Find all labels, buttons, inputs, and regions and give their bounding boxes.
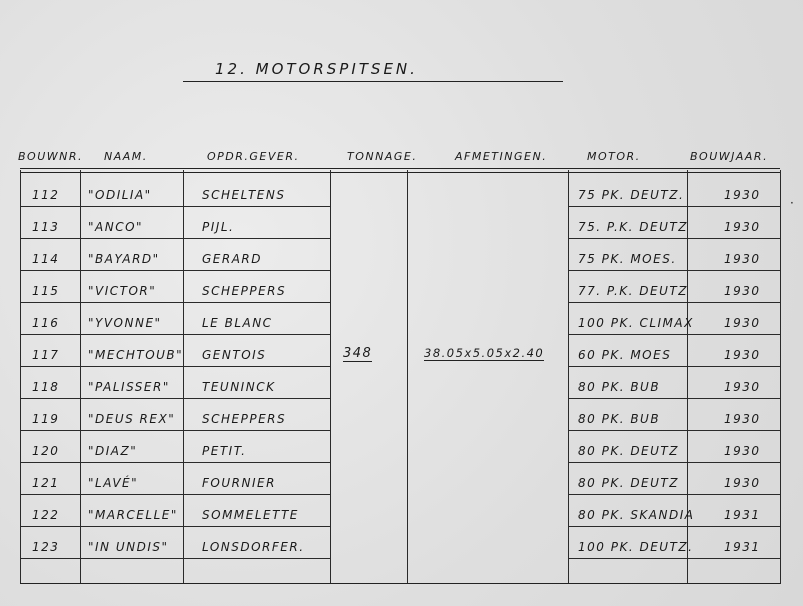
header-afmetingen: AFMETINGEN. xyxy=(455,150,547,163)
cell-naam: "PALISSER" xyxy=(88,380,170,394)
cell-naam: "DEUS REX" xyxy=(88,412,175,426)
shared-afmetingen: 38.05x5.05x2.40 xyxy=(424,346,544,361)
cell-naam: "MARCELLE" xyxy=(88,508,178,522)
cell-motor: 100 PK. DEUTZ. xyxy=(578,540,693,554)
header-tonnage: TONNAGE. xyxy=(347,150,417,163)
cell-bouwnr: 115 xyxy=(32,284,59,298)
cell-bouwjaar: 1930 xyxy=(724,380,761,394)
cell-naam: "YVONNE" xyxy=(88,316,162,330)
table-row: 123 "IN UNDIS" LONSDORFER. 100 PK. DEUTZ… xyxy=(0,528,803,560)
cell-naam: "DIAZ" xyxy=(88,444,137,458)
cell-opdrachtgever: TEUNINCK xyxy=(202,380,275,394)
cell-opdrachtgever: SOMMELETTE xyxy=(202,508,299,522)
page-title: 12. MOTORSPITSEN. xyxy=(183,60,563,82)
cell-naam: "MECHTOUB" xyxy=(88,348,183,362)
shared-tonnage: 348 xyxy=(343,346,372,362)
cell-bouwjaar: 1930 xyxy=(724,284,761,298)
cell-motor: 75. P.K. DEUTZ xyxy=(578,220,688,234)
cell-bouwnr: 119 xyxy=(32,412,59,426)
cell-opdrachtgever: GENTOIS xyxy=(202,348,266,362)
cell-opdrachtgever: FOURNIER xyxy=(202,476,276,490)
cell-bouwnr: 122 xyxy=(32,508,59,522)
table-row: 112 "ODILIA" SCHELTENS 75 PK. DEUTZ. 193… xyxy=(0,176,803,208)
cell-naam: "LAVÉ" xyxy=(88,476,138,490)
cell-naam: "BAYARD" xyxy=(88,252,160,266)
table-row: 116 "YVONNE" LE BLANC 100 PK. CLIMAX 193… xyxy=(0,304,803,336)
cell-opdrachtgever: PETIT. xyxy=(202,444,246,458)
cell-naam: "ODILIA" xyxy=(88,188,152,202)
cell-bouwjaar: 1931 xyxy=(724,508,761,522)
table-row: 121 "LAVÉ" FOURNIER 80 PK. DEUTZ 1930 xyxy=(0,464,803,496)
cell-naam: "IN UNDIS" xyxy=(88,540,169,554)
cell-motor: 77. P.K. DEUTZ xyxy=(578,284,688,298)
header-naam: NAAM. xyxy=(104,150,148,163)
cell-naam: "ANCO" xyxy=(88,220,143,234)
cell-motor: 80 PK. SKANDIA xyxy=(578,508,694,522)
cell-bouwnr: 120 xyxy=(32,444,59,458)
header-rule-double xyxy=(20,172,780,173)
cell-bouwjaar: 1930 xyxy=(724,444,761,458)
cell-opdrachtgever: PIJL. xyxy=(202,220,234,234)
cell-bouwjaar: 1930 xyxy=(724,316,761,330)
table-row: 119 "DEUS REX" SCHEPPERS 80 PK. BUB 1930 xyxy=(0,400,803,432)
cell-opdrachtgever: SCHEPPERS xyxy=(202,284,286,298)
cell-bouwjaar: 1930 xyxy=(724,220,761,234)
table-row: 122 "MARCELLE" SOMMELETTE 80 PK. SKANDIA… xyxy=(0,496,803,528)
cell-opdrachtgever: LONSDORFER. xyxy=(202,540,305,554)
table-row: 118 "PALISSER" TEUNINCK 80 PK. BUB 1930 xyxy=(0,368,803,400)
cell-bouwnr: 121 xyxy=(32,476,59,490)
cell-opdrachtgever: SCHELTENS xyxy=(202,188,285,202)
cell-bouwnr: 112 xyxy=(32,188,59,202)
table-row: 117 "MECHTOUB" GENTOIS 60 PK. MOES 1930 xyxy=(0,336,803,368)
table-row: 113 "ANCO" PIJL. 75. P.K. DEUTZ 1930 xyxy=(0,208,803,240)
cell-bouwnr: 114 xyxy=(32,252,59,266)
cell-motor: 80 PK. DEUTZ xyxy=(578,444,679,458)
cell-motor: 80 PK. BUB xyxy=(578,380,660,394)
cell-opdrachtgever: GERARD xyxy=(202,252,262,266)
header-motor: MOTOR. xyxy=(587,150,641,163)
cell-bouwnr: 117 xyxy=(32,348,59,362)
cell-motor: 75 PK. DEUTZ. xyxy=(578,188,684,202)
header-opdrachtgever: OPDR.GEVER. xyxy=(207,150,300,163)
cell-naam: "VICTOR" xyxy=(88,284,156,298)
cell-motor: 60 PK. MOES xyxy=(578,348,671,362)
cell-bouwjaar: 1930 xyxy=(724,476,761,490)
table-header-row: BOUWNR. NAAM. OPDR.GEVER. TONNAGE. AFMET… xyxy=(0,150,803,170)
table-row: 114 "BAYARD" GERARD 75 PK. MOES. 1930 xyxy=(0,240,803,272)
cell-bouwnr: 123 xyxy=(32,540,59,554)
cell-motor: 75 PK. MOES. xyxy=(578,252,677,266)
header-bouwnr: BOUWNR. xyxy=(18,150,83,163)
cell-bouwnr: 113 xyxy=(32,220,59,234)
cell-motor: 80 PK. BUB xyxy=(578,412,660,426)
stray-mark: · xyxy=(790,196,794,210)
table-row: 120 "DIAZ" PETIT. 80 PK. DEUTZ 1930 xyxy=(0,432,803,464)
cell-bouwjaar: 1930 xyxy=(724,412,761,426)
cell-bouwnr: 118 xyxy=(32,380,59,394)
cell-opdrachtgever: SCHEPPERS xyxy=(202,412,286,426)
cell-bouwjaar: 1930 xyxy=(724,252,761,266)
cell-bouwnr: 116 xyxy=(32,316,59,330)
header-bouwjaar: BOUWJAAR. xyxy=(690,150,768,163)
cell-motor: 100 PK. CLIMAX xyxy=(578,316,694,330)
cell-opdrachtgever: LE BLANC xyxy=(202,316,273,330)
table-row: 115 "VICTOR" SCHEPPERS 77. P.K. DEUTZ 19… xyxy=(0,272,803,304)
cell-bouwjaar: 1930 xyxy=(724,348,761,362)
cell-motor: 80 PK. DEUTZ xyxy=(578,476,679,490)
table-bottom-rule xyxy=(20,583,780,584)
header-rule xyxy=(20,168,780,169)
cell-bouwjaar: 1930 xyxy=(724,188,761,202)
cell-bouwjaar: 1931 xyxy=(724,540,761,554)
